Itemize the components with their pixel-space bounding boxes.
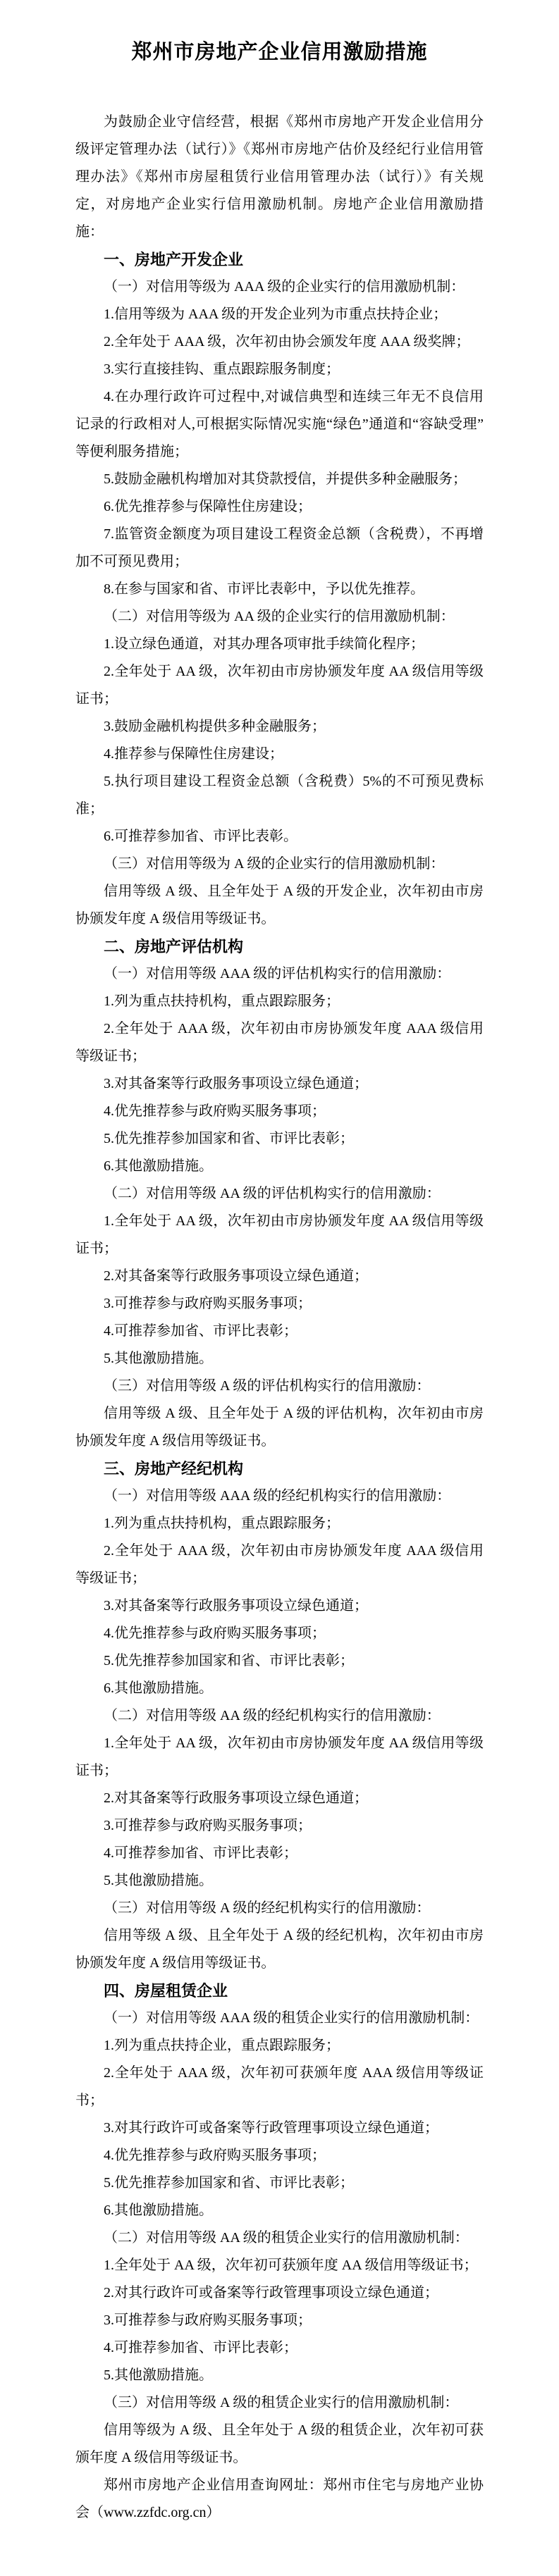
- paragraph: 2.全年处于 AAA 级，次年初由市房协颁发年度 AAA 级信用等级证书；: [75, 1537, 484, 1592]
- paragraph: 3.对其备案等行政服务事项设立绿色通道；: [75, 1592, 484, 1620]
- paragraph: 2.对其行政许可或备案等行政管理事项设立绿色通道；: [75, 2279, 484, 2307]
- paragraph: 5.其他激励措施。: [75, 1345, 484, 1373]
- paragraph: 4.优先推荐参与政府购买服务事项；: [75, 1098, 484, 1125]
- paragraph: （二）对信用等级 AA 级的经纪机构实行的信用激励：: [75, 1702, 484, 1730]
- paragraph: （一）对信用等级 AAA 级的评估机构实行的信用激励：: [75, 960, 484, 988]
- paragraph: 2.全年处于 AA 级，次年初由市房协颁发年度 AA 级信用等级证书；: [75, 658, 484, 713]
- paragraph: 1.全年处于 AA 级，次年初可获颁年度 AA 级信用等级证书；: [75, 2252, 484, 2279]
- paragraph: 郑州市房地产企业信用查询网址：郑州市住宅与房地产业协会（www.zzfdc.or…: [75, 2472, 484, 2527]
- paragraph: 1.列为重点扶持机构，重点跟踪服务；: [75, 988, 484, 1015]
- paragraph: （一）对信用等级为 AAA 级的企业实行的信用激励机制：: [75, 273, 484, 301]
- paragraph: 4.优先推荐参与政府购买服务事项；: [75, 2142, 484, 2169]
- paragraph: （二）对信用等级 AA 级的评估机构实行的信用激励：: [75, 1180, 484, 1208]
- paragraph: 3.可推荐参与政府购买服务事项；: [75, 2307, 484, 2334]
- paragraph: 5.其他激励措施。: [75, 1867, 484, 1895]
- document-page-container: 郑州市房地产企业信用激励措施 为鼓励企业守信经营，根据《郑州市房地产开发企业信用…: [0, 0, 559, 2576]
- paragraph: 2.全年处于 AAA 级，次年初由市房协颁发年度 AAA 级信用等级证书；: [75, 1015, 484, 1070]
- paragraph: 1.列为重点扶持机构，重点跟踪服务；: [75, 1510, 484, 1537]
- paragraph: 7.监管资金额度为项目建设工程资金总额（含税费），不再增加不可预见费用；: [75, 521, 484, 576]
- paragraph: 5.优先推荐参加国家和省、市评比表彰；: [75, 1647, 484, 1675]
- paragraph: 信用等级 A 级、且全年处于 A 级的开发企业，次年初由市房协颁发年度 A 级信…: [75, 878, 484, 933]
- paragraph: 6.其他激励措施。: [75, 1153, 484, 1180]
- paragraph: 1.列为重点扶持企业，重点跟踪服务；: [75, 2032, 484, 2060]
- paragraph: 2.全年处于 AAA 级，次年初可获颁年度 AAA 级信用等级证书；: [75, 2060, 484, 2114]
- paragraph: 1.信用等级为 AAA 级的开发企业列为市重点扶持企业；: [75, 301, 484, 328]
- paragraph: 5.优先推荐参加国家和省、市评比表彰；: [75, 1125, 484, 1153]
- document-title: 郑州市房地产企业信用激励措施: [75, 37, 484, 68]
- paragraph: 信用等级 A 级、且全年处于 A 级的评估机构，次年初由市房协颁发年度 A 级信…: [75, 1400, 484, 1455]
- paragraph: 4.优先推荐参与政府购买服务事项；: [75, 1620, 484, 1647]
- document-body: 为鼓励企业守信经营，根据《郑州市房地产开发企业信用分级评定管理办法（试行）》《郑…: [75, 109, 484, 2527]
- paragraph: 1.设立绿色通道，对其办理各项审批手续简化程序；: [75, 631, 484, 658]
- paragraph: （一）对信用等级 AAA 级的租赁企业实行的信用激励机制：: [75, 2005, 484, 2032]
- paragraph: 5.执行项目建设工程资金总额（含税费）5%的不可预见费标准；: [75, 768, 484, 823]
- paragraph: 6.可推荐参加省、市评比表彰。: [75, 823, 484, 850]
- paragraph: （三）对信用等级 A 级的评估机构实行的信用激励：: [75, 1373, 484, 1400]
- section-heading: 四、房屋租赁企业: [75, 1977, 484, 2005]
- paragraph: 1.全年处于 AA 级，次年初由市房协颁发年度 AA 级信用等级证书；: [75, 1208, 484, 1263]
- paragraph: 4.可推荐参加省、市评比表彰；: [75, 2334, 484, 2362]
- paragraph: 3.对其备案等行政服务事项设立绿色通道；: [75, 1070, 484, 1098]
- paragraph: （三）对信用等级 A 级的经纪机构实行的信用激励：: [75, 1895, 484, 1922]
- paragraph: 5.优先推荐参加国家和省、市评比表彰；: [75, 2169, 484, 2197]
- paragraph: 2.对其备案等行政服务事项设立绿色通道；: [75, 1263, 484, 1290]
- paragraph: （三）对信用等级为 A 级的企业实行的信用激励机制：: [75, 850, 484, 878]
- paragraph: 4.可推荐参加省、市评比表彰；: [75, 1840, 484, 1867]
- paragraph: 6.优先推荐参与保障性住房建设；: [75, 493, 484, 521]
- paragraph: （三）对信用等级 A 级的租赁企业实行的信用激励机制：: [75, 2389, 484, 2417]
- section-heading: 二、房地产评估机构: [75, 933, 484, 960]
- document-page: { "page": { "background_color": "#ffffff…: [0, 0, 559, 2576]
- paragraph: 4.可推荐参加省、市评比表彰；: [75, 1318, 484, 1345]
- paragraph: （二）对信用等级 AA 级的租赁企业实行的信用激励机制：: [75, 2224, 484, 2252]
- paragraph: 6.其他激励措施。: [75, 1675, 484, 1702]
- paragraph: （二）对信用等级为 AA 级的企业实行的信用激励机制：: [75, 603, 484, 631]
- paragraph: 3.鼓励金融机构提供多种金融服务；: [75, 713, 484, 741]
- paragraph: 信用等级 A 级、且全年处于 A 级的经纪机构，次年初由市房协颁发年度 A 级信…: [75, 1922, 484, 1977]
- paragraph: 6.其他激励措施。: [75, 2197, 484, 2224]
- paragraph: 3.对其行政许可或备案等行政管理事项设立绿色通道；: [75, 2114, 484, 2142]
- paragraph: 为鼓励企业守信经营，根据《郑州市房地产开发企业信用分级评定管理办法（试行）》《郑…: [75, 109, 484, 246]
- paragraph: 3.实行直接挂钩、重点跟踪服务制度；: [75, 356, 484, 383]
- paragraph: 4.推荐参与保障性住房建设；: [75, 741, 484, 768]
- paragraph: 信用等级为 A 级、且全年处于 A 级的租赁企业，次年初可获颁年度 A 级信用等…: [75, 2417, 484, 2472]
- paragraph: 5.鼓励金融机构增加对其贷款授信，并提供多种金融服务；: [75, 466, 484, 493]
- paragraph: 2.全年处于 AAA 级，次年初由协会颁发年度 AAA 级奖牌；: [75, 328, 484, 356]
- paragraph: 1.全年处于 AA 级，次年初由市房协颁发年度 AA 级信用等级证书；: [75, 1730, 484, 1785]
- paragraph: 3.可推荐参与政府购买服务事项；: [75, 1812, 484, 1840]
- section-heading: 三、房地产经纪机构: [75, 1455, 484, 1482]
- paragraph: 2.对其备案等行政服务事项设立绿色通道；: [75, 1785, 484, 1812]
- paragraph: 4.在办理行政许可过程中,对诚信典型和连续三年无不良信用记录的行政相对人,可根据…: [75, 383, 484, 466]
- section-heading: 一、房地产开发企业: [75, 246, 484, 273]
- paragraph: 5.其他激励措施。: [75, 2362, 484, 2389]
- paragraph: （一）对信用等级 AAA 级的经纪机构实行的信用激励：: [75, 1482, 484, 1510]
- paragraph: 3.可推荐参与政府购买服务事项；: [75, 1290, 484, 1318]
- paragraph: 8.在参与国家和省、市评比表彰中，予以优先推荐。: [75, 576, 484, 603]
